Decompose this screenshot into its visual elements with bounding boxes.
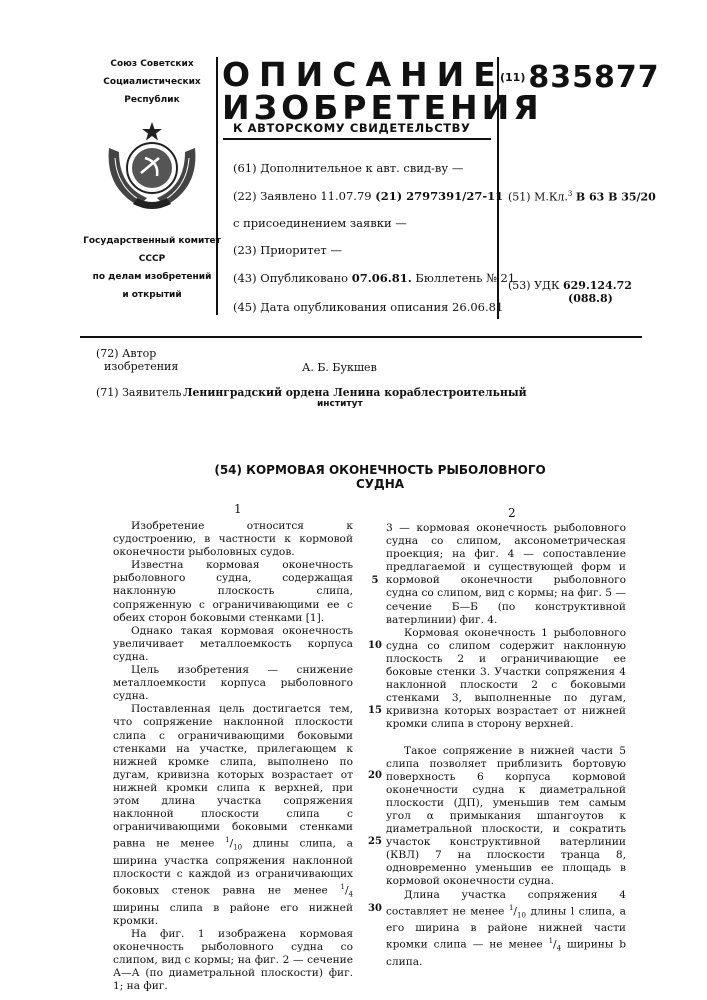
doc-title-line1: ОПИСАНИЕ (222, 58, 505, 92)
paragraph: Длина участка сопряжения 4 составляет не… (386, 889, 626, 970)
field-53: (53) УДК 629.124.72 (508, 279, 632, 292)
field-53-value2: (088.8) (568, 292, 613, 305)
committee-name: Государственный комитет СССР по делам из… (82, 232, 222, 304)
org-line: Союз Советских (82, 55, 222, 73)
field-23: (23) Приоритет — (233, 243, 342, 257)
invention-title: (54) КОРМОВАЯ ОКОНЕЧНОСТЬ РЫБОЛОВНОГО СУ… (200, 463, 560, 491)
paragraph: Цель изобретения — снижение металлоемкос… (113, 664, 353, 703)
org-name: Союз Советских Социалистических Республи… (82, 55, 222, 109)
field-43-date: 07.06.81. (352, 271, 412, 285)
field-43-label: (43) Опубликовано (233, 271, 348, 285)
field-72-label-1: (72) Автор (96, 347, 178, 360)
line-number: 25 (366, 836, 384, 847)
field-51: (51) М.Кл.3 B 63 B 35/20 (508, 190, 656, 204)
frame-left-line (216, 57, 218, 315)
field-71-label: (71) Заявитель (96, 386, 182, 399)
committee-line: СССР (82, 250, 222, 268)
doc-subtitle: К АВТОРСКОМУ СВИДЕТЕЛЬСТВУ (233, 121, 471, 135)
paragraph: Такое сопряжение в нижней части 5 слипа … (386, 745, 626, 889)
patent-code: (11) (500, 71, 525, 84)
ussr-state-emblem-icon (97, 118, 207, 218)
field-51-sup: 3 (568, 190, 572, 198)
field-21: (21) 2797391/27-11 (375, 189, 503, 203)
invention-title-line2: СУДНА (200, 477, 560, 491)
line-number: 15 (366, 705, 384, 716)
applicant-line1: Ленинградский ордена Ленина кораблестрои… (183, 386, 527, 399)
field-61: (61) Дополнительное к авт. свид-ву — (233, 161, 463, 175)
field-45: (45) Дата опубликования описания 26.06.8… (233, 300, 503, 314)
field-attach: с присоединением заявки — (233, 216, 407, 230)
author-name: А. Б. Букшев (302, 361, 377, 374)
line-number: 30 (366, 903, 384, 914)
field-53-value: 629.124.72 (563, 279, 632, 292)
line-number: 5 (366, 575, 384, 586)
field-72-label-2: изобретения (96, 360, 178, 373)
field-22-21: (22) Заявлено 11.07.79 (21) 2797391/27-1… (233, 189, 503, 203)
description-column-1: Изобретение относится к судостроению, в … (113, 520, 353, 994)
column-number-2: 2 (508, 506, 516, 520)
org-line: Республик (82, 91, 222, 109)
paragraph: Кормовая оконечность 1 рыболовного судна… (386, 627, 626, 732)
patent-number: (11)835877 (500, 60, 660, 95)
paragraph: Изобретение относится к судостроению, в … (113, 520, 353, 559)
field-43: (43) Опубликовано 07.06.81. Бюллетень № … (233, 271, 515, 285)
invention-title-line1: (54) КОРМОВАЯ ОКОНЕЧНОСТЬ РЫБОЛОВНОГО (200, 463, 560, 477)
line-number: 20 (366, 770, 384, 781)
description-column-2: 3 — кормовая оконечность рыболовного суд… (386, 522, 626, 969)
committee-line: Государственный комитет (82, 232, 222, 250)
applicant-line2: институт (317, 399, 363, 409)
patent-number-value: 835877 (528, 60, 659, 95)
paragraph: 3 — кормовая оконечность рыболовного суд… (386, 522, 626, 627)
field-22: (22) Заявлено 11.07.79 (233, 189, 372, 203)
field-72-label: (72) Автор изобретения (96, 347, 178, 373)
line-number: 10 (366, 640, 384, 651)
field-43-bulletin: Бюллетень № 21 (415, 271, 515, 285)
subtitle-underline (223, 138, 491, 140)
committee-line: по делам изобретений (82, 268, 222, 286)
field-51-label: (51) М.Кл. (508, 191, 568, 204)
header-separator (80, 336, 642, 338)
committee-line: и открытий (82, 286, 222, 304)
paragraph: Известна кормовая оконечность рыболовног… (113, 559, 353, 624)
field-53-label: (53) УДК (508, 279, 559, 292)
org-line: Социалистических (82, 73, 222, 91)
doc-title-line2: ИЗОБРЕТЕНИЯ (222, 91, 543, 125)
paragraph: Однако такая кормовая оконечность увелич… (113, 625, 353, 664)
field-51-value: B 63 B 35/20 (576, 191, 656, 204)
paragraph: Поставленная цель достигается тем, что с… (113, 703, 353, 928)
column-number-1: 1 (234, 502, 242, 516)
paragraph: На фиг. 1 изображена кормовая оконечност… (113, 928, 353, 993)
